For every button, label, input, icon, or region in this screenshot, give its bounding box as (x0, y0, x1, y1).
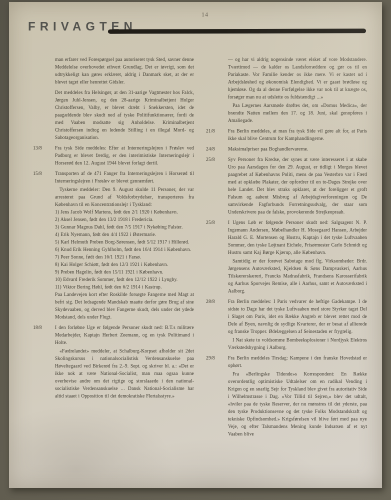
entry-date: 28/8 (206, 298, 228, 352)
entry-body: Det meddeles fra Helsingør, at den 31-aa… (55, 89, 194, 142)
entry-date: 21/8 (206, 128, 228, 143)
column-right: — og har vi aldrig nogensinde været elsk… (206, 56, 367, 441)
entry-paragraph: Fra Berlin meddeles: I Paris vedvarer de… (228, 298, 367, 336)
entry-paragraph: I Ugens Løb er følgende Personer skudt n… (228, 219, 367, 257)
scanned-page-background: 14 FRIVAGTEN man erfarer ved Forespørgse… (0, 0, 391, 500)
prisoner-list-item: 5) Karl Helmuth Preben Borg-Sørensen, fø… (55, 239, 194, 247)
entry-date: 18/8 (33, 324, 55, 400)
prisoner-list-item: 7) Peer Sonne, født den 16/1 1921 i Fars… (55, 254, 194, 262)
news-entry: 15/8Transporten af de 471 Fanger fra Int… (33, 170, 194, 321)
entry-paragraph: Maksimalpriser paa Boghandlervarerne. (228, 146, 367, 154)
column-left: man erfarer ved Forespørgsel paa autoris… (33, 56, 194, 441)
prisoner-list-item: 9) Preben Hagelin, født den 15/11 1921 i… (55, 269, 194, 277)
text-columns: man erfarer ved Forespørgsel paa autoris… (33, 56, 367, 441)
entry-body: Fra tysk Side meddeles: Efter at Interne… (55, 145, 194, 168)
entry-date: 25/8 (206, 156, 228, 216)
prisoner-list-item: 11) Viktor Bering Høhl, født den 6/2 191… (55, 284, 194, 292)
entry-paragraph: Transporten af de 471 Fanger fra Interne… (55, 170, 194, 185)
entry-date: 25/8 (206, 219, 228, 295)
page-number: 14 (202, 11, 209, 19)
news-entry: 24/8Maksimalpriser paa Boghandlervarerne… (206, 146, 367, 154)
header-rule (108, 29, 366, 34)
entry-paragraph: Syv Personer fra Kredse, der synes at væ… (228, 156, 367, 216)
news-entry: 28/8Fra Berlin meddeles: I Paris vedvare… (206, 298, 367, 352)
entry-paragraph: Samtidig er der forøvet Sabotage mod flg… (228, 258, 367, 296)
entry-date (206, 56, 228, 125)
entry-paragraph: Tyskerne meddeler: Den 9. August skulde … (55, 186, 194, 209)
prisoner-list-item: 1) Jens Jacob Wolf Martens, født den 2/1… (55, 209, 194, 217)
entry-date (33, 56, 55, 86)
prisoner-list-item: 3) Gunnar Magnus Dahl, født den 7/5 1917… (55, 224, 194, 232)
prisoner-list-item: 6) Knud Erik Henning Gyhlholm, født den … (55, 246, 194, 254)
entry-body: Fra Berlin meddeles Tirsdag: Kampene i d… (228, 355, 367, 439)
entry-body: Fra Berlin meddeles: I Paris vedvarer de… (228, 298, 367, 352)
entry-body: Syv Personer fra Kredse, der synes at væ… (228, 156, 367, 216)
news-entry: — og har vi aldrig nogensinde været elsk… (206, 56, 367, 125)
prisoner-list-item: 10) Edvard Frederik Sommer, født den 12/… (55, 276, 194, 284)
entry-body: I den forløbne Uge er følgende Personer … (55, 324, 194, 400)
newspaper-page: 14 FRIVAGTEN man erfarer ved Forespørgse… (9, 2, 382, 488)
news-entry: Det meddeles fra Helsingør, at den 31-aa… (33, 89, 194, 142)
prisoner-list-item: 4) Erik Nyemann, født den 4/4 1922 i Øst… (55, 231, 194, 239)
entry-body: Transporten af de 471 Fanger fra Interne… (55, 170, 194, 321)
entry-date: 15/8 (33, 170, 55, 321)
entry-paragraph: I den forløbne Uge er følgende Personer … (55, 324, 194, 347)
entry-paragraph: Paa Lægernes Aarsmøde drøftes det, om «D… (228, 102, 367, 125)
entry-date: 13/8 (33, 145, 55, 168)
entry-paragraph: Fra tysk Side meddeles: Efter at Interne… (55, 145, 194, 168)
news-entry: 18/8I den forløbne Uge er følgende Perso… (33, 324, 194, 400)
news-entry: 25/8Syv Personer fra Kredse, der synes a… (206, 156, 367, 216)
news-entry: 21/8Fra Berlin meddeles, at man fra tysk… (206, 128, 367, 143)
entry-body: I Ugens Løb er følgende Personer skudt n… (228, 219, 367, 295)
entry-date: 29/8 (206, 355, 228, 439)
entry-paragraph: Fra Berlin meddeles Tirsdag: Kampene i d… (228, 355, 367, 370)
news-entry: 29/8Fra Berlin meddeles Tirsdag: Kampene… (206, 355, 367, 439)
news-entry: 25/8I Ugens Løb er følgende Personer sku… (206, 219, 367, 295)
news-entry: man erfarer ved Forespørgsel paa autoris… (33, 56, 194, 86)
prisoner-list-item: 2) Aksel Jensen, født den 13/2 1918 i Fr… (55, 216, 194, 224)
entry-paragraph: Fra Berlin meddeles, at man fra tysk Sid… (228, 128, 367, 143)
entry-paragraph: Det meddeles fra Helsingør, at den 31-aa… (55, 89, 194, 142)
news-entry: 13/8Fra tysk Side meddeles: Efter at Int… (33, 145, 194, 168)
entry-date (33, 89, 55, 142)
entry-paragraph: Paa Landevejen kort efter Roskilde forsø… (55, 291, 194, 321)
entry-body: — og har vi aldrig nogensinde været elsk… (228, 56, 367, 125)
entry-body: Fra Berlin meddeles, at man fra tysk Sid… (228, 128, 367, 143)
page-content: 14 FRIVAGTEN man erfarer ved Forespørgse… (9, 2, 382, 488)
entry-paragraph: man erfarer ved Forespørgsel paa autoris… (55, 56, 194, 86)
entry-date: 24/8 (206, 146, 228, 154)
entry-paragraph: — og har vi aldrig nogensinde været elsk… (228, 56, 367, 101)
entry-paragraph: «Fædrelandet» meddeler, at Schalburg-Kor… (55, 348, 194, 401)
entry-paragraph: I Nat skete to voldsomme Bombeeksplosion… (228, 337, 367, 352)
prisoner-list-item: 8) Kai Holger Schiøtt, født den 12/3 192… (55, 261, 194, 269)
entry-paragraph: Fra «Berlingske Tidende»s Korrespondent:… (228, 371, 367, 439)
entry-body: Maksimalpriser paa Boghandlervarerne. (228, 146, 367, 154)
entry-body: man erfarer ved Forespørgsel paa autoris… (55, 56, 194, 86)
